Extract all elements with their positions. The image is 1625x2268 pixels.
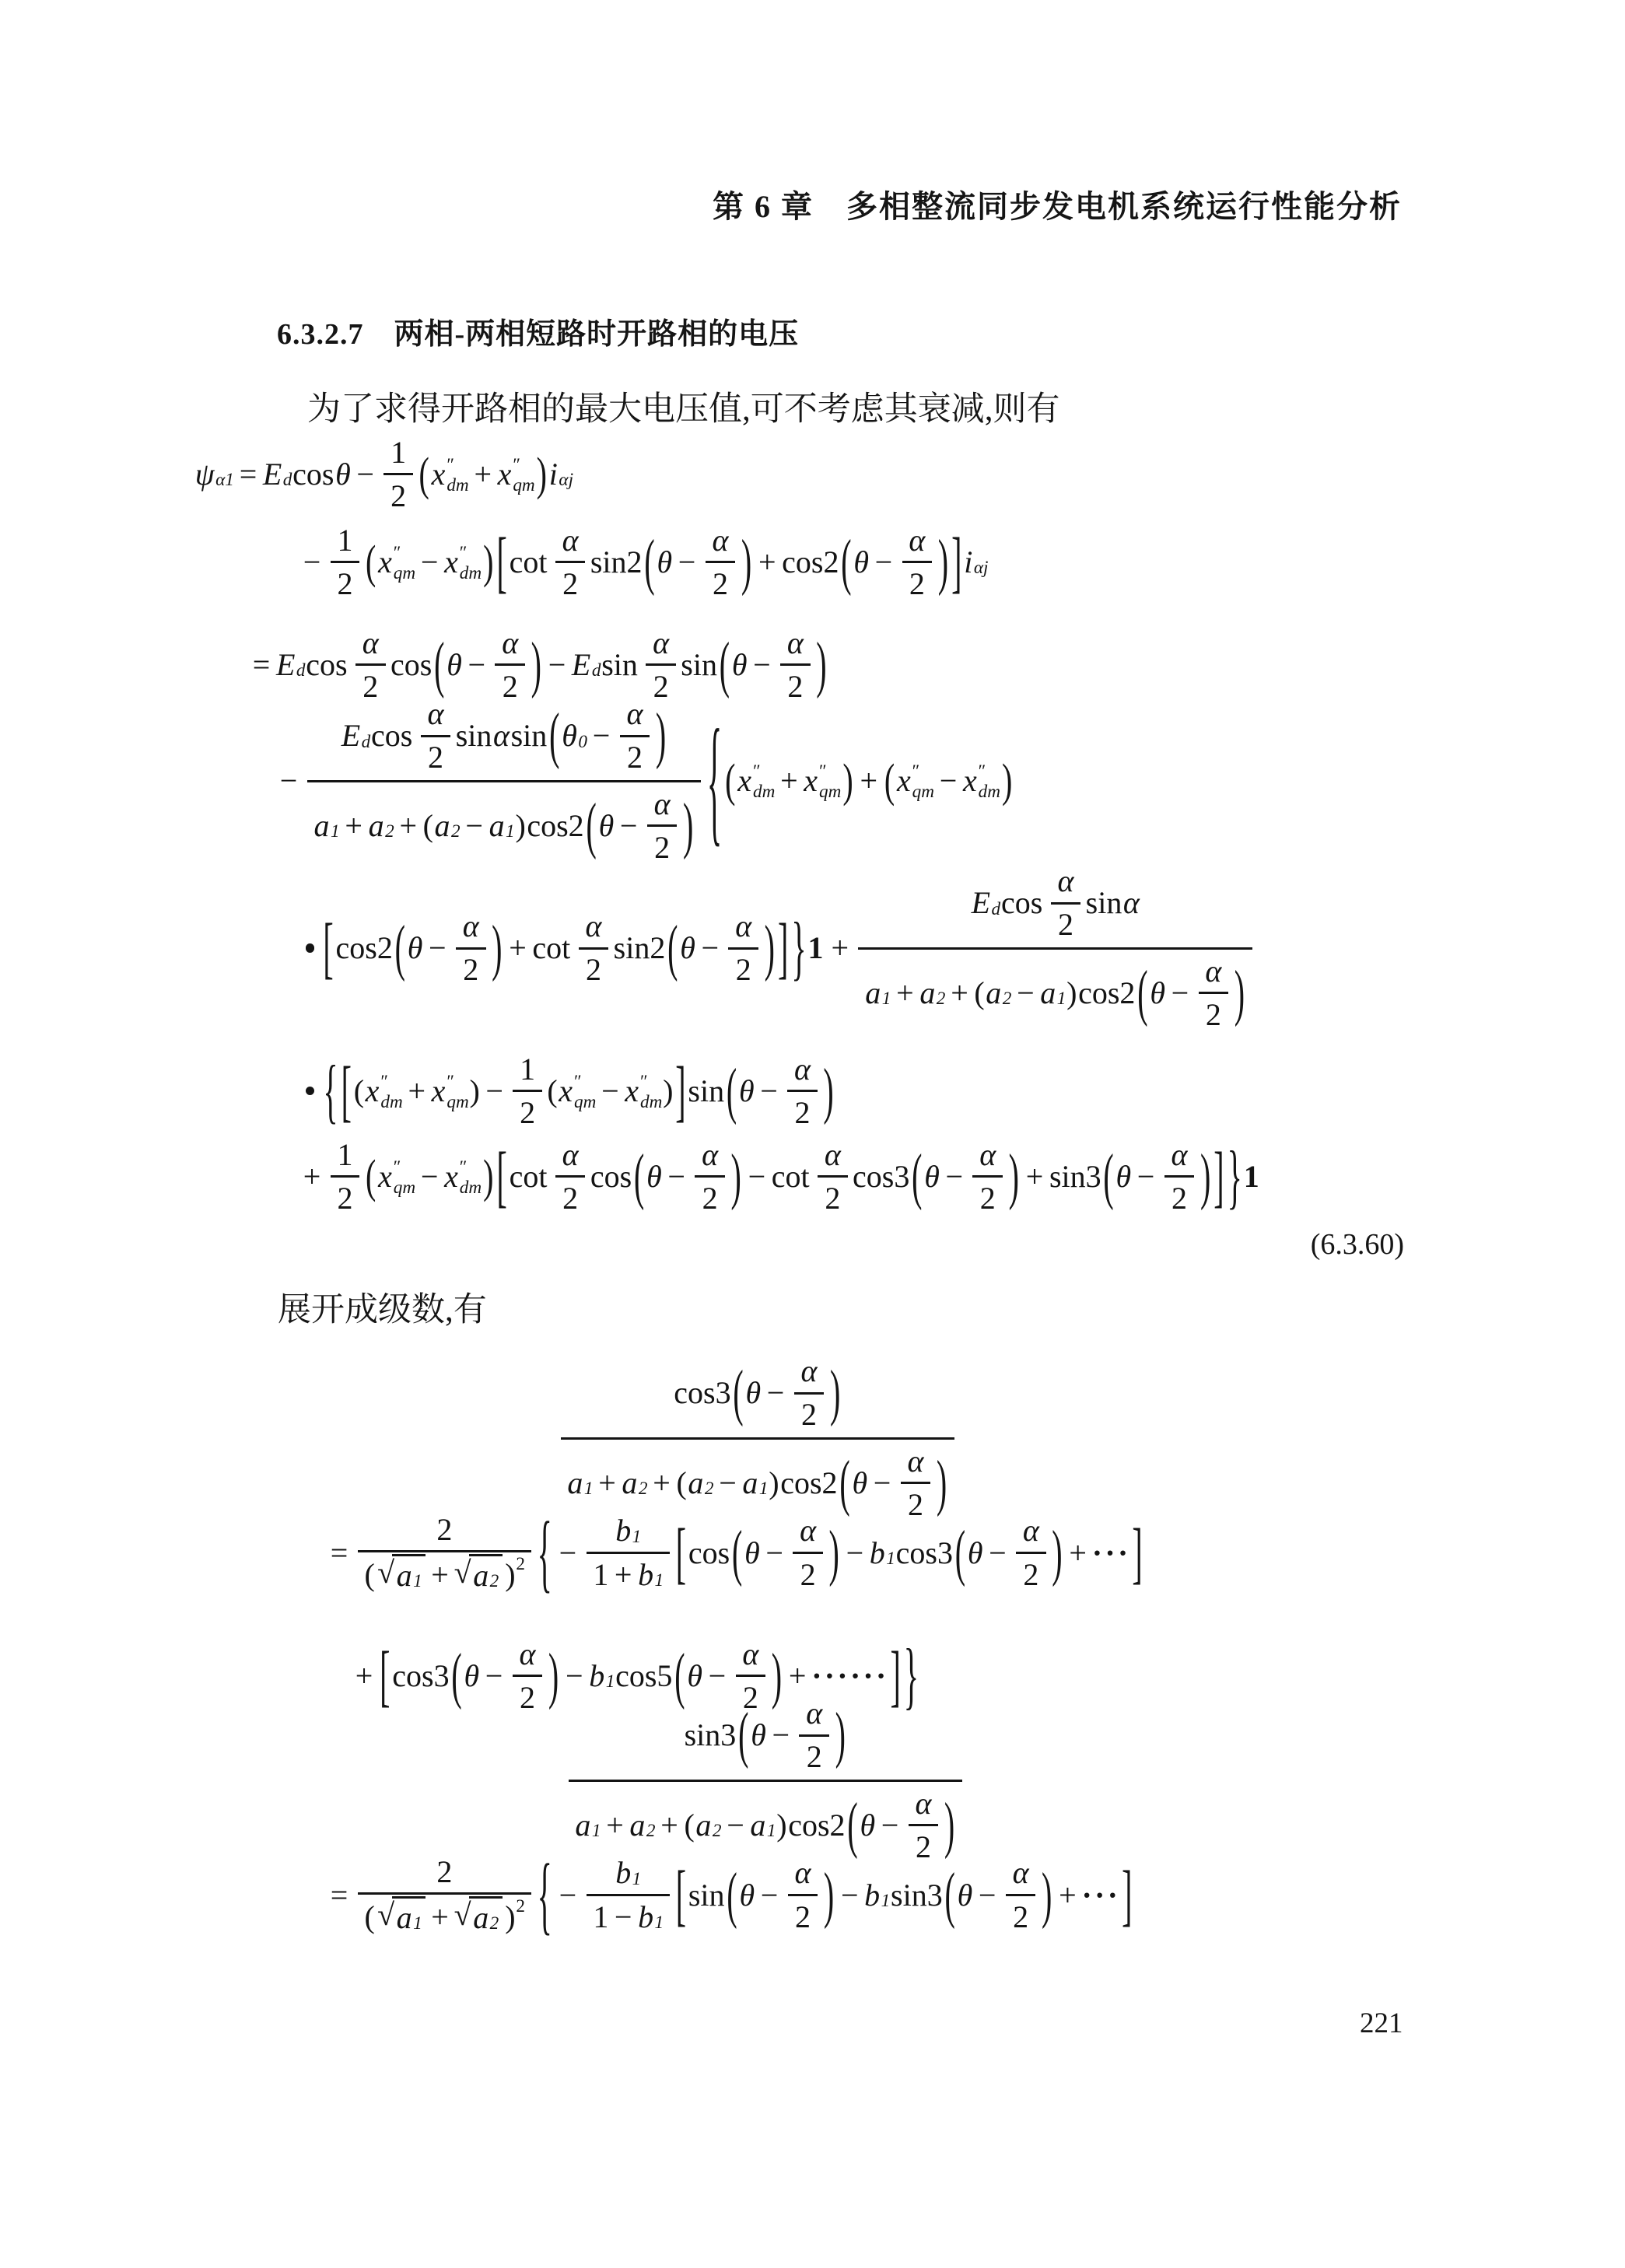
math-operator: −	[356, 455, 374, 494]
math-subscripted-symbol: b1	[615, 1511, 641, 1550]
math-dot-operator	[306, 943, 314, 952]
math-fraction-numerator: α	[787, 1048, 818, 1090]
math-subscripted-symbol: Ed	[262, 455, 292, 494]
math-text: cot	[509, 543, 548, 582]
math-subscript: d	[592, 660, 601, 682]
math-fraction: b11−b1	[587, 1853, 671, 1937]
math-variable: x	[558, 1072, 573, 1111]
math-fraction: sin3(θ−α2)a1+a2+(a2−a1)cos2(θ−α2)	[569, 1692, 963, 1869]
math-operator: +	[1069, 1534, 1087, 1573]
math-primed-symbol: x″dm	[962, 761, 1000, 801]
math-radical: √a1	[377, 1554, 426, 1596]
book-page: 第 6 章 多相整流同步发电机系统运行性能分析 6.3.2.7 两相-两相短路时…	[0, 0, 1625, 2268]
math-fraction-numerator: b1	[587, 1853, 671, 1894]
math-prime: ″	[912, 761, 920, 782]
math-delimiter: (	[727, 1060, 737, 1122]
math-operator: −	[601, 1072, 619, 1111]
math-subscripted-symbol: a2	[688, 1464, 714, 1503]
math-primed-symbol: x″qm	[377, 542, 415, 583]
math-primed-symbol: x″dm	[365, 1071, 403, 1111]
math-fraction: α2	[647, 783, 678, 868]
math-variable: α	[794, 1853, 812, 1892]
math-operator: +	[345, 807, 362, 845]
math-delimiter: )	[483, 539, 493, 586]
math-operator: +	[896, 974, 914, 1013]
math-text: cos2	[779, 1464, 838, 1503]
math-text: sin2	[613, 929, 666, 968]
math-variable: a	[396, 1556, 413, 1595]
math-operator: −	[593, 716, 611, 755]
math-fraction-denominator: 2	[728, 947, 758, 991]
math-fraction-numerator: α	[793, 1510, 823, 1552]
math-subscript: 1	[881, 1890, 891, 1913]
math-subscript: αj	[974, 557, 989, 579]
math-subscript: 1	[882, 988, 891, 1010]
math-text: sin	[680, 646, 717, 684]
math-fraction: 12	[513, 1048, 542, 1133]
math-variable: θ	[464, 1657, 480, 1696]
math-delimiter: )	[483, 1153, 493, 1200]
math-text: (	[547, 1072, 559, 1111]
math-text: sin	[510, 716, 548, 755]
math-delimiter: ]	[1132, 1519, 1142, 1587]
math-variable: θ	[750, 1716, 766, 1755]
math-text: 2	[1012, 1898, 1029, 1937]
math-delimiter: ]	[951, 528, 961, 597]
math-fraction: b11+b1	[587, 1510, 671, 1595]
math-script-column: ″qm	[394, 1157, 415, 1198]
math-fraction-numerator: α	[902, 520, 933, 561]
math-fraction: α2	[1199, 950, 1229, 1035]
math-delimiter: )	[829, 1522, 839, 1584]
math-operator: −	[881, 1806, 899, 1845]
math-delimiter: )	[1235, 962, 1245, 1024]
math-subscripted-symbol: a1	[575, 1806, 601, 1845]
math-variable: i	[548, 455, 559, 494]
math-operator: +	[615, 1556, 632, 1594]
math-fraction-numerator: 1	[383, 432, 413, 473]
math-delimiter: (	[720, 634, 730, 696]
math-delimiter: (	[1137, 962, 1147, 1024]
math-delimiter: )	[816, 634, 826, 696]
math-variable: E	[971, 884, 991, 922]
math-variable: a	[434, 807, 451, 845]
math-fraction-numerator: cos3(θ−α2)	[561, 1349, 955, 1437]
math-delimiter: ]	[675, 1057, 685, 1125]
math-subscripted-symbol: a2	[919, 974, 946, 1013]
math-text: 2	[909, 565, 926, 604]
math-fraction-denominator: 2	[513, 1090, 542, 1133]
math-operator: −	[875, 543, 893, 582]
math-variable: x	[377, 1157, 392, 1196]
math-operator: −	[303, 543, 321, 582]
math-delimiter: (	[366, 539, 376, 586]
math-radical: √a1	[377, 1896, 426, 1938]
math-subscript: 1	[606, 1671, 615, 1693]
math-subscript: 2	[713, 1820, 722, 1843]
math-prime: ″	[819, 761, 827, 782]
math-text: 2	[1205, 996, 1222, 1034]
math-fraction: α2	[794, 1351, 825, 1436]
math-subscripted-symbol: a1	[864, 974, 891, 1013]
math-subscript: qm	[819, 782, 841, 802]
math-text: )	[469, 1072, 481, 1111]
math-variable: α	[701, 1136, 719, 1174]
math-fraction: α2	[1016, 1510, 1046, 1595]
math-operator: −	[709, 1657, 727, 1696]
math-script-column: ″qm	[447, 1072, 468, 1112]
math-subscript: 1	[632, 1526, 642, 1549]
math-text: 2	[519, 1094, 536, 1132]
math-script-column: ″dm	[979, 761, 1000, 802]
math-fraction: α2	[787, 1048, 818, 1133]
math-variable: b	[588, 1657, 605, 1696]
math-subscripted-symbol: a2	[472, 1899, 499, 1937]
math-delimiter: )	[823, 1060, 833, 1122]
math-prime: ″	[574, 1072, 582, 1092]
math-text: 1	[337, 1136, 354, 1174]
math-variable: α	[979, 1136, 996, 1174]
math-variable: α	[915, 1784, 933, 1823]
math-text: )	[768, 1464, 779, 1503]
math-variable: θ	[407, 929, 423, 968]
math-fraction-denominator: 1−b1	[587, 1894, 671, 1937]
math-delimiter: [	[676, 1519, 686, 1587]
math-fraction-numerator: Edcosα2sinαsin(θ0−α2)	[307, 692, 702, 780]
math-script-column: ″dm	[380, 1072, 402, 1112]
math-script-column: ″dm	[753, 761, 775, 802]
math-fraction-numerator: α	[695, 1134, 725, 1175]
math-subscripted-symbol: a2	[629, 1806, 656, 1845]
math-fraction-numerator: α	[1164, 1134, 1195, 1175]
math-operator: =	[331, 1534, 348, 1573]
math-subscript: 2	[451, 821, 461, 843]
math-variable: a	[622, 1464, 639, 1503]
math-fraction: α2	[728, 905, 758, 990]
math-operator: −	[468, 646, 485, 684]
math-delimiter: (	[366, 1153, 376, 1200]
math-subscripted-symbol: a1	[489, 807, 515, 845]
math-operator: +	[832, 929, 849, 968]
math-variable: α	[1022, 1511, 1040, 1550]
math-delimiter: {	[538, 1510, 552, 1597]
math-fraction: α2	[1006, 1853, 1036, 1937]
math-text: 2	[800, 1556, 817, 1594]
math-fraction-numerator: 2	[358, 1851, 531, 1892]
math-variable: i	[963, 543, 973, 582]
math-subscript: 2	[490, 1570, 499, 1593]
math-variable: b	[863, 1876, 881, 1915]
math-operator: −	[727, 1806, 744, 1845]
math-text: 2	[462, 950, 479, 989]
math-subscript: 0	[578, 731, 587, 754]
math-fraction-denominator: 2	[456, 947, 486, 991]
math-superscript: 2	[516, 1553, 525, 1576]
math-delimiter: )	[938, 531, 948, 593]
math-delimiter: )	[1042, 1864, 1052, 1927]
math-prime: ″	[753, 761, 761, 782]
math-fraction-numerator: α	[901, 1440, 931, 1482]
math-subscript: dm	[447, 475, 468, 495]
math-prime: ″	[640, 1072, 648, 1092]
math-fraction-denominator: a1+a2+(a2−a1)cos2(θ−α2)	[307, 780, 702, 870]
math-variable: x	[431, 455, 446, 494]
math-fraction-numerator: b1	[587, 1510, 671, 1552]
math-delimiter: (	[549, 705, 559, 767]
math-text: 2	[702, 1179, 719, 1218]
math-text: 2	[436, 1853, 454, 1892]
math-text: cos	[370, 716, 413, 755]
math-radical-sign: √	[454, 1899, 471, 1930]
math-text: 2	[1171, 1179, 1188, 1218]
math-delimiter: (	[586, 795, 596, 857]
math-text: 2	[337, 1179, 354, 1218]
math-fraction: α2	[620, 694, 650, 779]
math-delimiter: (	[725, 758, 735, 804]
math-subscripted-symbol: b1	[588, 1657, 615, 1696]
math-delimiter: (	[839, 1452, 849, 1514]
math-variable: ψ	[194, 455, 215, 494]
math-fraction: 12	[331, 520, 360, 604]
math-subscripted-symbol: iαj	[963, 543, 988, 582]
math-subscript: 2	[937, 988, 946, 1010]
math-fraction-numerator: α	[1199, 950, 1229, 992]
math-primed-symbol: x″qm	[803, 761, 841, 801]
math-text: 2	[427, 738, 444, 777]
math-variable: θ	[739, 1876, 755, 1915]
math-text: (	[364, 1556, 376, 1594]
math-fraction: 2(√a1+√a2)2	[358, 1851, 531, 1939]
math-primed-symbol: x″dm	[625, 1071, 663, 1111]
math-operator: −	[940, 761, 958, 800]
math-fraction: α2	[902, 520, 933, 604]
math-delimiter: )	[741, 531, 751, 593]
math-delimiter: )	[830, 1362, 840, 1424]
math-operator: −	[1017, 974, 1035, 1013]
math-operator: −	[280, 761, 298, 800]
math-prime: ″	[979, 761, 986, 782]
math-subscripted-symbol: a1	[567, 1464, 594, 1503]
math-operator: +	[660, 1806, 678, 1845]
math-variable: b	[637, 1556, 654, 1594]
math-text: cos3	[674, 1374, 732, 1412]
math-operator: −	[760, 1072, 778, 1111]
math-fraction-denominator: 2	[620, 735, 650, 779]
math-variable: θ	[657, 543, 673, 582]
math-variable: θ	[923, 1157, 940, 1196]
math-variable: a	[695, 1806, 713, 1845]
math-operator: =	[253, 646, 271, 684]
math-text: 2	[390, 477, 407, 516]
math-subscript: 1	[886, 1548, 895, 1570]
math-fraction: α2	[706, 520, 736, 604]
math-operator: −	[485, 1657, 503, 1696]
math-fraction-numerator: 1	[331, 520, 360, 561]
chapter-header: 第 6 章 多相整流同步发电机系统运行性能分析	[0, 182, 1402, 226]
math-variable: a	[575, 1806, 592, 1845]
math-prime: ″	[394, 543, 401, 563]
math-variable: α	[653, 785, 671, 824]
math-variable: θ	[679, 929, 695, 968]
math-text: 2	[806, 1738, 823, 1776]
math-text: 2	[626, 738, 643, 777]
math-fraction-denominator: 2	[1199, 992, 1229, 1035]
math-subscripted-symbol: a2	[472, 1556, 499, 1595]
math-subscripted-symbol: b1	[615, 1853, 641, 1892]
math-fraction-denominator: a1+a2+(a2−a1)cos2(θ−α2)	[858, 947, 1252, 1038]
math-text: )	[504, 1556, 516, 1594]
math-fraction-numerator: α	[555, 1134, 586, 1175]
math-delimiter: )	[492, 917, 502, 979]
math-text: 2	[794, 1094, 811, 1132]
math-delimiter: )	[683, 795, 693, 857]
math-primed-symbol: x″qm	[377, 1157, 415, 1197]
math-radicand: a1	[392, 1554, 426, 1596]
math-subscripted-symbol: Ed	[341, 716, 370, 755]
math-variable: θ	[598, 807, 615, 845]
math-variable: x	[625, 1072, 639, 1111]
math-variable: x	[377, 543, 392, 582]
math-fraction-numerator: α	[1051, 861, 1081, 902]
math-operator: −	[485, 1072, 503, 1111]
math-superscript: 2	[516, 1895, 525, 1918]
math-fraction-denominator: (√a1+√a2)2	[358, 1550, 531, 1597]
math-primed-symbol: x″dm	[443, 1157, 482, 1197]
math-prime: ″	[394, 1157, 401, 1178]
math-subscripted-symbol: a1	[396, 1899, 422, 1937]
math-delimiter: (	[644, 531, 654, 593]
math-operator: −	[761, 1876, 779, 1915]
equation-6-3-60-line-6: {[(x″dm+x″qm)−12(x″qm−x″dm)]sin(θ−α2)	[298, 1048, 835, 1133]
math-subscripted-symbol: a2	[695, 1806, 722, 1845]
math-radical-sign: √	[454, 1557, 471, 1588]
math-fraction: α2	[579, 905, 609, 990]
math-operator: −	[767, 1374, 785, 1412]
math-variable: b	[615, 1853, 632, 1892]
math-text: 2	[825, 1179, 842, 1218]
math-variable: θ	[738, 1072, 755, 1111]
math-operator: −	[753, 646, 771, 684]
math-text: 1	[593, 1898, 610, 1937]
math-operator: +	[860, 761, 877, 800]
math-fraction-denominator: 2	[555, 561, 586, 604]
math-text: 2	[979, 1179, 996, 1218]
series-cos-expansion: =2(√a1+√a2)2{−b11+b1[cos(θ−α2)−b1cos3(θ−…	[325, 1509, 1144, 1597]
math-variable: α	[1057, 862, 1075, 901]
math-subscript: d	[362, 731, 371, 754]
math-operator: −	[841, 1876, 859, 1915]
math-fraction-denominator: 2	[794, 1392, 825, 1436]
math-variable: α	[800, 1352, 818, 1391]
math-fraction-numerator: α	[513, 1633, 543, 1675]
math-dot-operator	[306, 1087, 314, 1095]
math-subscripted-symbol: ψα1	[194, 455, 234, 494]
math-bold-text: ···	[1082, 1876, 1121, 1915]
math-subscripted-symbol: a2	[368, 807, 394, 845]
math-fraction-denominator: 2	[579, 947, 609, 991]
math-script-column: ″qm	[394, 543, 415, 583]
math-fraction-numerator: α	[1016, 1510, 1046, 1552]
math-operator: +	[653, 1464, 671, 1503]
math-fraction-numerator: α	[647, 783, 678, 824]
math-variable: θ	[446, 646, 462, 684]
math-text: cos3	[391, 1657, 450, 1696]
math-variable: α	[805, 1694, 823, 1733]
math-delimiter: (	[634, 1146, 644, 1208]
math-subscript: 1	[592, 1820, 601, 1843]
math-fraction-numerator: 2	[358, 1509, 531, 1550]
math-subscript: 1	[413, 1913, 422, 1935]
math-subscript: 1	[655, 1912, 664, 1934]
math-prime: ″	[447, 455, 454, 475]
math-variable: θ	[334, 455, 351, 494]
math-subscript: 2	[646, 1820, 656, 1843]
math-operator: −	[772, 1716, 790, 1755]
math-fraction: α2	[788, 1853, 818, 1937]
math-bold-text: 1	[808, 929, 826, 968]
math-variable: a	[567, 1464, 584, 1503]
math-operator: −	[620, 807, 638, 845]
math-operator: −	[1137, 1157, 1155, 1196]
math-subscripted-symbol: a1	[742, 1464, 769, 1503]
math-variable: b	[615, 1511, 632, 1550]
math-text: cos	[305, 646, 348, 684]
math-text: (	[422, 807, 434, 845]
math-variable: α	[712, 521, 730, 560]
math-delimiter: (	[727, 1864, 737, 1927]
math-delimiter: (	[667, 917, 678, 979]
math-variable: θ	[853, 543, 870, 582]
math-delimiter: (	[733, 1362, 743, 1424]
math-fraction-denominator: 2	[902, 561, 933, 604]
math-text: cos5	[615, 1657, 673, 1696]
math-text: )	[515, 807, 527, 845]
math-subscript: 2	[639, 1478, 648, 1500]
math-primed-symbol: x″qm	[558, 1071, 596, 1111]
math-primed-symbol: x″dm	[737, 761, 775, 801]
math-operator: −	[667, 1157, 685, 1196]
math-operator: =	[331, 1876, 348, 1915]
math-subscript: 1	[1057, 988, 1066, 1010]
math-operator: −	[559, 1876, 577, 1915]
math-delimiter: )	[730, 1146, 741, 1208]
math-variable: θ	[1150, 974, 1166, 1013]
math-variable: x	[365, 1072, 380, 1111]
math-subscript: αj	[559, 469, 573, 492]
math-fraction: α2	[1164, 1134, 1195, 1219]
math-subscript: dm	[640, 1092, 662, 1112]
math-subscripted-symbol: a2	[622, 1464, 648, 1503]
section-heading: 6.3.2.7 两相-两相短路时开路相的电压	[277, 310, 799, 352]
math-fraction-denominator: 2	[793, 1552, 823, 1595]
math-variable: α	[362, 624, 380, 663]
math-delimiter: (	[395, 917, 405, 979]
math-subscript: 2	[490, 1913, 499, 1935]
math-delimiter: [	[341, 1057, 352, 1125]
math-text: 2	[519, 1678, 536, 1717]
math-operator: −	[421, 543, 439, 582]
math-variable: a	[489, 807, 506, 845]
math-fraction: 12	[331, 1134, 360, 1219]
math-text: cos	[390, 646, 433, 684]
math-operator: −	[946, 1157, 964, 1196]
math-text: 2	[585, 950, 602, 989]
math-operator: −	[559, 1534, 577, 1573]
math-variable: E	[341, 716, 361, 755]
math-fraction-numerator: α	[646, 622, 676, 663]
math-fraction-denominator: 2	[818, 1175, 848, 1219]
math-delimiter: [	[380, 1642, 390, 1710]
